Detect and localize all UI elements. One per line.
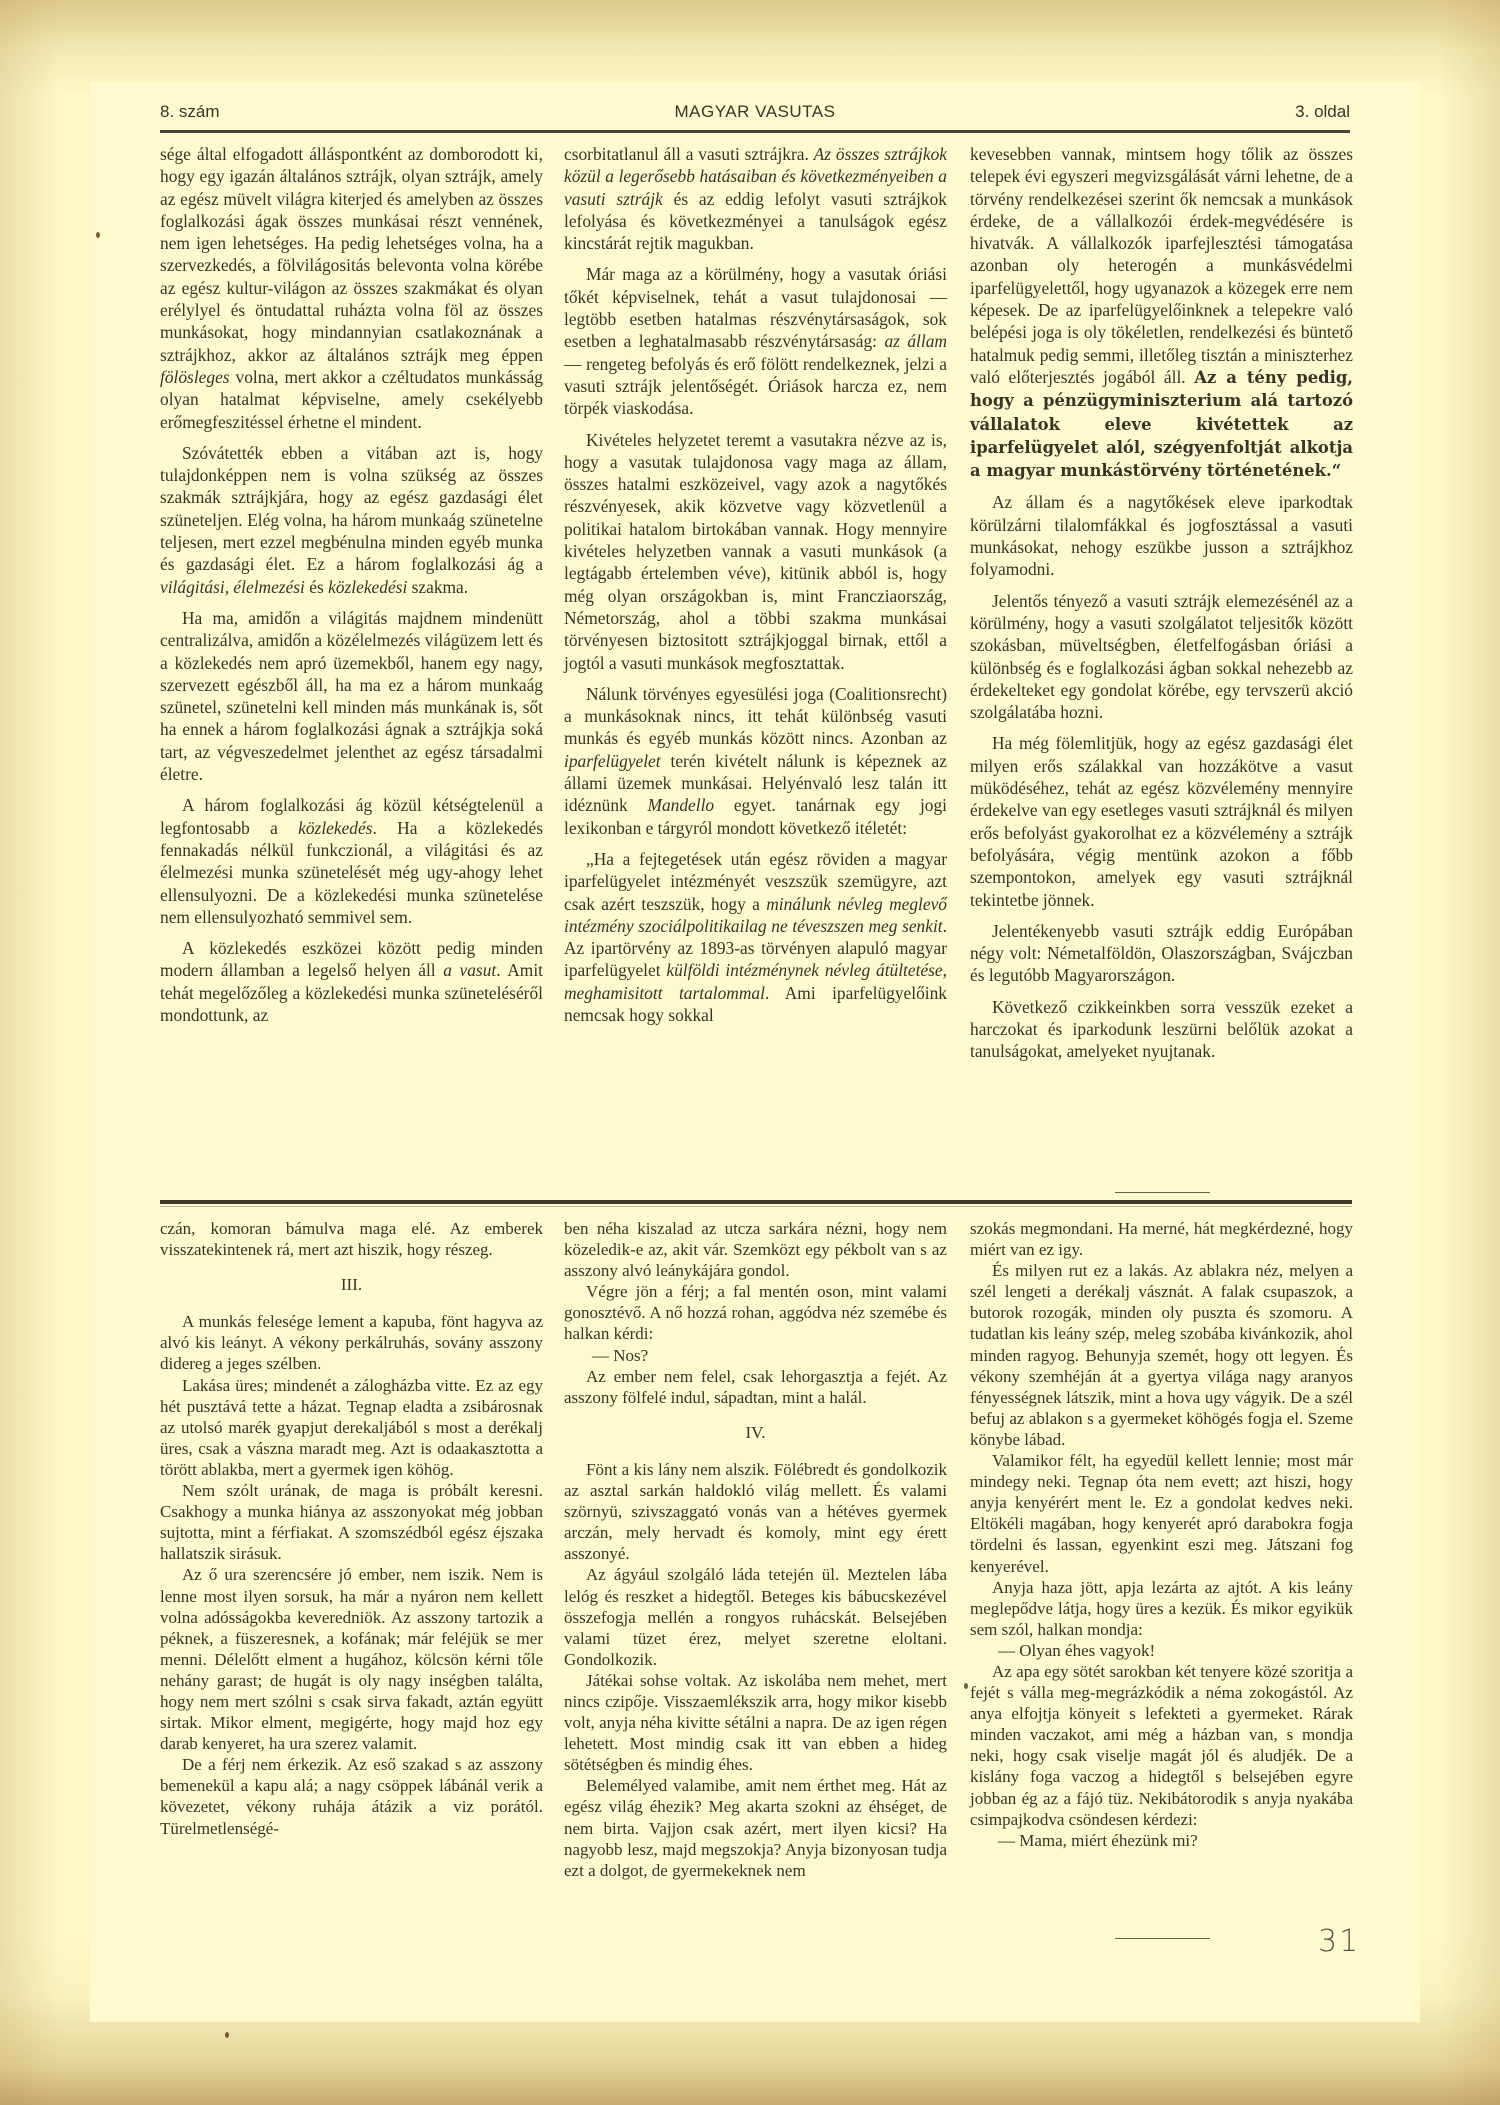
paragraph: A három foglalkozási ág közül kétségtele… [160,794,543,928]
story-end-rule [1115,1938,1210,1939]
chapter-heading: IV. [564,1422,947,1443]
paragraph: Fönt a kis lány nem alszik. Fölébredt és… [564,1459,947,1564]
paragraph: Nem szólt urának, de maga is próbált ker… [160,1480,543,1564]
chapter-heading: III. [160,1274,543,1295]
paragraph: Következő czikkeinkben sorra vesszük eze… [970,996,1353,1063]
paragraph: czán, komoran bámulva maga elé. Az ember… [160,1218,543,1260]
article-column-1: sége által elfogadott álláspontként az d… [160,143,543,1183]
scanned-newspaper-page: 8. szám MAGYAR VASUTAS 3. oldal sége ált… [0,0,1500,2105]
paragraph: Valamikor félt, ha egyedül kellett lenni… [970,1450,1353,1577]
paragraph: És milyen rut ez a lakás. Az ablakra néz… [970,1260,1353,1450]
paragraph: szokás megmondani. Ha merné, hát megkérd… [970,1218,1353,1260]
paragraph: Nálunk törvényes egyesülési joga (Coalit… [564,683,947,839]
paragraph: Az apa egy sötét sarokban két tenyere kö… [970,1661,1353,1830]
paragraph: „Ha a fejtegetések után egész röviden a … [564,848,947,1026]
article-end-rule [1115,1192,1210,1193]
dialogue-line: — Nos? [564,1345,947,1366]
paragraph: kevesebben vannak, mintsem hogy tőlik az… [970,143,1353,482]
paragraph: Már maga az a körülmény, hogy a vasutak … [564,263,947,419]
story-column-1: czán, komoran bámulva maga elé. Az ember… [160,1218,543,1839]
paragraph: Lakása üres; mindenét a zálogházba vitte… [160,1375,543,1480]
paragraph: ben néha kiszalad az utcza sarkára nézni… [564,1218,947,1281]
story-column-2: ben néha kiszalad az utcza sarkára nézni… [564,1218,947,1881]
paragraph: Ha ma, amidőn a világitás majdnem minden… [160,607,543,785]
newspaper-title: MAGYAR VASUTAS [160,102,1350,122]
paper-speck [96,232,100,238]
paragraph: A közlekedés eszközei között pedig minde… [160,937,543,1026]
story-column-3: szokás megmondani. Ha merné, hát megkérd… [970,1218,1353,1851]
paragraph: Jelentékenyebb vasuti sztrájk eddig Euró… [970,920,1353,987]
handwritten-folio-number: 31 [1318,1924,1360,1959]
paragraph: Végre jön a férj; a fal mentén oson, min… [564,1281,947,1344]
paragraph: Az ember nem felel, csak lehorgasztja a … [564,1366,947,1408]
paragraph: Szóvátették ebben a vitában azt is, hogy… [160,442,543,598]
page-number: 3. oldal [1295,102,1350,122]
paragraph: Kivételes helyzetet teremt a vasutakra n… [564,429,947,674]
paragraph: De a férj nem érkezik. Az eső szakad s a… [160,1754,543,1838]
paragraph: Anyja haza jött, apja lezárta az ajtót. … [970,1577,1353,1640]
paragraph: sége által elfogadott álláspontként az d… [160,143,543,433]
article-column-2: csorbitatlanul áll a vasuti sztrájkra. A… [564,143,947,1183]
paper-speck [964,1683,968,1689]
paragraph: Játékai sohse voltak. Az iskolába nem me… [564,1670,947,1775]
paragraph: Ha még fölemlitjük, hogy az egész gazdas… [970,732,1353,910]
paragraph: Jelentős tényező a vasuti sztrájk elemez… [970,590,1353,724]
paragraph: csorbitatlanul áll a vasuti sztrájkra. A… [564,143,947,254]
dialogue-line: — Olyan éhes vagyok! [970,1640,1353,1661]
article-column-3: kevesebben vannak, mintsem hogy tőlik az… [970,143,1353,1183]
dialogue-line: — Mama, miért éhezünk mi? [970,1830,1353,1851]
running-header: 8. szám MAGYAR VASUTAS 3. oldal [160,100,1350,133]
section-divider [160,1200,1352,1204]
paragraph: Az állam és a nagytőkések eleve iparkodt… [970,491,1353,580]
paragraph: Az ágyául szolgáló láda tetején ül. Mezt… [564,1564,947,1669]
paragraph: Az ő ura szerencsére jó ember, nem iszik… [160,1564,543,1754]
paragraph: A munkás felesége lement a kapuba, fönt … [160,1311,543,1374]
paragraph: Belemélyed valamibe, amit nem érthet meg… [564,1775,947,1880]
paper-speck [225,2032,229,2038]
